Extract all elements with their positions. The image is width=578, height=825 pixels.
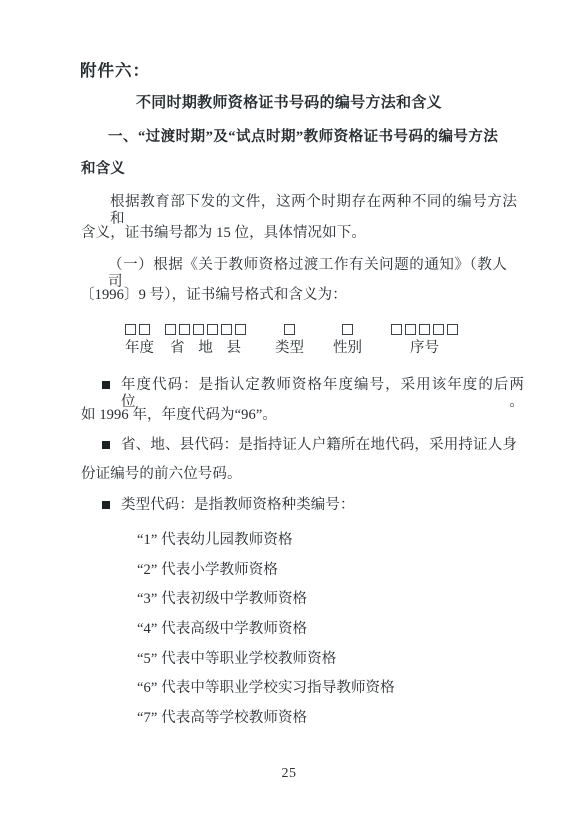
digit-box <box>179 324 190 335</box>
section-heading-line1: 一、“过渡时期”及“试点时期”教师资格证书号码的编号方法 <box>108 129 498 146</box>
diagram-group-year: 年度 <box>125 324 154 356</box>
bullet-year-code-line2: 如 1996 年，年度代码为“96”。 <box>81 407 277 424</box>
digit-box <box>447 324 458 335</box>
type-code-item-1: “1” 代表幼儿园教师资格 <box>137 532 293 549</box>
bullet-region-code-text: 省、地、县代码：是指持证人户籍所在地代码，采用持证人身 <box>121 437 517 454</box>
digit-box <box>221 324 232 335</box>
attachment-label: 附件六： <box>80 62 150 79</box>
diagram-group-gender: 性别 <box>333 324 362 356</box>
digit-boxes-gender <box>333 324 362 335</box>
digit-box <box>193 324 204 335</box>
type-code-item-5: “5” 代表中等职业学校教师资格 <box>137 651 336 668</box>
bullet-type-code: 类型代码：是指教师资格种类编号： <box>102 497 355 514</box>
digit-box <box>235 324 246 335</box>
digit-box <box>207 324 218 335</box>
document-page: 附件六： 不同时期教师资格证书号码的编号方法和含义 一、“过渡时期”及“试点时期… <box>0 0 578 825</box>
digit-boxes-region <box>165 324 246 335</box>
digit-box <box>433 324 444 335</box>
digit-box <box>284 324 295 335</box>
black-square-bullet-icon <box>102 441 110 449</box>
certificate-number-diagram: 年度 省 地 县 类型 性别 序号 <box>125 324 458 356</box>
paragraph1-line2: 含义，证书编号都为 15 位，具体情况如下。 <box>81 225 366 242</box>
digit-boxes-type <box>275 324 304 335</box>
bullet-year-code: 年度代码：是指认定教师资格年度编号，采用该年度的后两位。 <box>102 377 524 411</box>
type-code-item-7: “7” 代表高等学校教师资格 <box>137 710 307 727</box>
black-square-bullet-icon <box>102 501 110 509</box>
diagram-group-region: 省 地 县 <box>165 324 246 356</box>
bullet-region-code: 省、地、县代码：是指持证人户籍所在地代码，采用持证人身 <box>102 437 517 454</box>
diagram-label-gender: 性别 <box>333 340 362 356</box>
digit-box <box>391 324 402 335</box>
diagram-label-prefecture: 地 <box>198 340 213 356</box>
diagram-label-serial: 序号 <box>391 340 458 356</box>
diagram-label-year: 年度 <box>125 340 154 356</box>
diagram-label-type: 类型 <box>275 340 304 356</box>
paragraph1-line1: 根据教育部下发的文件，这两个时期存在两种不同的编号方法和 <box>110 194 517 228</box>
digit-box <box>125 324 136 335</box>
page-title: 不同时期教师资格证书号码的编号方法和含义 <box>0 95 578 112</box>
paragraph2-line2: 〔1996〕9 号），证书编号格式和含义为： <box>80 287 347 304</box>
type-code-item-3: “3” 代表初级中学教师资格 <box>137 591 307 608</box>
digit-box <box>405 324 416 335</box>
paragraph2-line1: （一）根据《关于教师资格过渡工作有关问题的通知》（教人司 <box>108 257 507 291</box>
type-code-item-4: “4” 代表高级中学教师资格 <box>137 621 307 638</box>
bullet-year-code-text: 年度代码：是指认定教师资格年度编号，采用该年度的后两位。 <box>121 377 524 411</box>
digit-box <box>342 324 353 335</box>
digit-box <box>419 324 430 335</box>
diagram-label-province: 省 <box>170 340 185 356</box>
black-square-bullet-icon <box>102 381 110 389</box>
digit-box <box>139 324 150 335</box>
section-heading-line2: 和含义 <box>81 161 125 178</box>
diagram-group-type: 类型 <box>275 324 304 356</box>
page-number: 25 <box>0 766 578 782</box>
digit-boxes-year <box>125 324 154 335</box>
bullet-region-code-line2: 份证编号的前六位号码。 <box>81 466 242 483</box>
digit-boxes-serial <box>391 324 458 335</box>
type-code-item-6: “6” 代表中等职业学校实习指导教师资格 <box>137 680 395 697</box>
digit-box <box>165 324 176 335</box>
diagram-label-region: 省 地 县 <box>165 340 246 356</box>
type-code-item-2: “2” 代表小学教师资格 <box>137 562 278 579</box>
diagram-group-serial: 序号 <box>391 324 458 356</box>
diagram-label-county: 县 <box>227 340 242 356</box>
bullet-type-code-text: 类型代码：是指教师资格种类编号： <box>121 497 355 514</box>
